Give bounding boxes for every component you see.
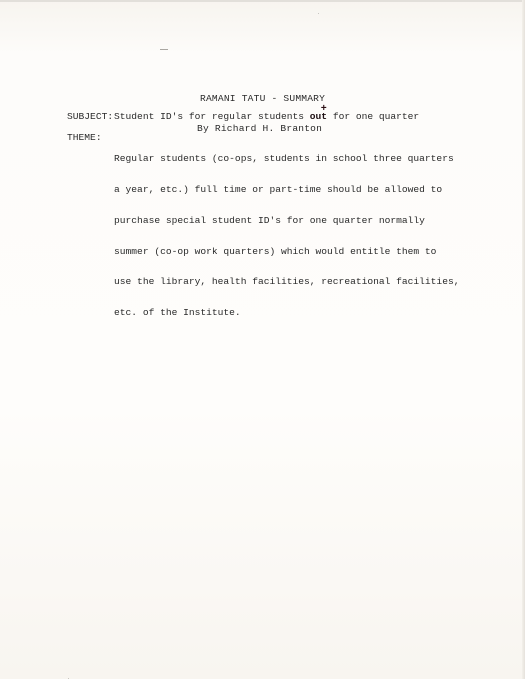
theme-line: a year, etc.) full time or part-time sho… (114, 185, 459, 195)
theme-line: etc. of the Institute. (114, 308, 459, 318)
theme-body: Regular students (co-ops, students in sc… (114, 133, 459, 339)
subject-label: SUBJECT: (67, 112, 114, 122)
subject-text-after: for one quarter (327, 111, 419, 122)
page-edge-top (0, 0, 525, 2)
theme-line: Regular students (co-ops, students in sc… (114, 154, 459, 164)
theme-line: summer (co-op work quarters) which would… (114, 247, 459, 257)
theme-line: purchase special student ID's for one qu… (114, 216, 459, 226)
paper-speck (318, 13, 319, 14)
correction-mark: + (321, 105, 327, 115)
subject-text-before: Student ID's for regular students (114, 111, 310, 122)
theme-row: THEME: Regular students (co-ops, student… (44, 123, 459, 350)
document-page: RAMANI TATU - SUMMARY By Richard H. Bran… (0, 0, 525, 679)
theme-label: THEME: (67, 133, 114, 143)
stray-mark (160, 49, 168, 50)
handwritten-correction: out+ (310, 112, 327, 122)
theme-line: use the library, health facilities, recr… (114, 277, 459, 287)
